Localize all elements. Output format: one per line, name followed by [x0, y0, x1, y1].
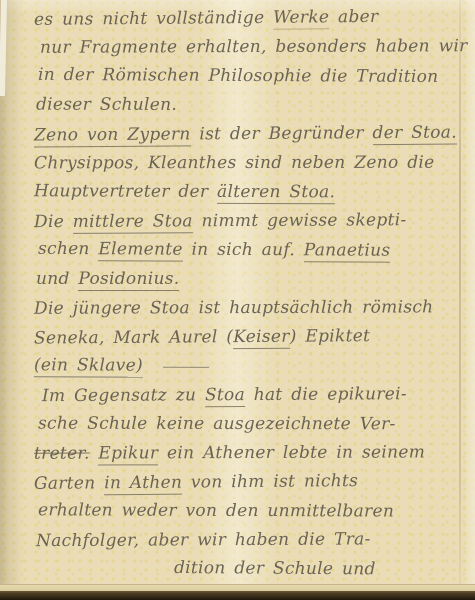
- handwriting-segment: Hauptvertreter der: [34, 181, 217, 202]
- manuscript-text: es uns nicht vollständige Werke abernur …: [34, 4, 466, 584]
- notebook-page: es uns nicht vollständige Werke abernur …: [0, 0, 475, 600]
- handwriting-line: Hauptvertreter der älteren Stoa.: [34, 177, 466, 208]
- handwriting-segment: mittlere Stoa: [73, 211, 193, 234]
- handwriting-segment: in Athen: [104, 473, 182, 496]
- handwriting-segment: älteren Stoa.: [217, 182, 335, 204]
- handwriting-line: Garten in Athen von ihm ist nichts: [34, 466, 466, 499]
- bottom-page-edge: [0, 584, 475, 591]
- handwriting-segment: treter.: [34, 444, 90, 464]
- handwriting-line: dieser Schulen.: [36, 91, 466, 121]
- handwriting-line: sche Schule keine ausgezeichnete Ver-: [38, 410, 466, 440]
- handwriting-segment: Chrysippos, Kleanthes sind neben Zeno di…: [34, 153, 435, 174]
- handwriting-segment: Im Gegensatz zu: [42, 385, 205, 406]
- handwriting-line: Im Gegensatz zu Stoa hat die epikurei-: [42, 380, 466, 411]
- handwriting-segment: Garten: [34, 473, 104, 494]
- handwriting-segment: es uns nicht vollständige: [34, 8, 273, 30]
- handwriting-segment: Werke: [273, 7, 329, 29]
- handwriting-segment: Die jüngere Stoa ist hauptsächlich römis…: [34, 297, 433, 318]
- handwriting-line: Die mittlere Stoa nimmt gewisse skepti-: [34, 206, 466, 237]
- handwriting-segment: in der Römischen Philosophie die Traditi…: [38, 65, 439, 87]
- handwriting-segment: [163, 365, 209, 367]
- handwriting-segment: nur Fragmente erhalten, besonders haben …: [40, 36, 468, 57]
- handwriting-segment: Seneka, Mark Aurel (: [34, 327, 233, 348]
- handwriting-segment: Stoa: [205, 385, 245, 407]
- handwriting-segment: Panaetius: [304, 240, 391, 262]
- handwriting-line: Die jüngere Stoa ist hauptsächlich römis…: [34, 293, 466, 324]
- handwriting-segment: Epikur: [98, 443, 158, 465]
- handwriting-segment: Keiser: [233, 327, 290, 349]
- handwriting-segment: ist der Begründer: [191, 123, 373, 144]
- handwriting-line: es uns nicht vollständige Werke aber: [34, 2, 466, 35]
- handwriting-segment: ein Athener lebte in seinem: [158, 442, 425, 463]
- handwriting-line: (ein Sklave): [34, 351, 466, 382]
- handwriting-line: dition der Schule und: [174, 554, 466, 585]
- handwriting-line: Nachfolger, aber wir haben die Tra-: [36, 525, 466, 556]
- handwriting-line: Seneka, Mark Aurel (Keiser) Epiktet: [34, 321, 466, 353]
- handwriting-line: schen Elemente in sich auf. Panaetius: [38, 235, 466, 266]
- handwriting-segment: nimmt gewisse skepti-: [193, 210, 407, 231]
- handwriting-segment: hat die epikurei-: [245, 384, 407, 405]
- handwriting-segment: Die: [34, 212, 73, 232]
- handwriting-line: Chrysippos, Kleanthes sind neben Zeno di…: [34, 149, 466, 179]
- handwriting-line: in der Römischen Philosophie die Traditi…: [38, 61, 466, 92]
- handwriting-segment: Nachfolger, aber wir haben die Tra-: [36, 529, 371, 551]
- handwriting-segment: erhalten weder von den unmittelbaren: [38, 500, 394, 521]
- handwriting-segment: in sich auf.: [183, 240, 304, 261]
- handwriting-segment: aber: [329, 7, 378, 27]
- handwriting-segment: von ihm ist nichts: [182, 471, 358, 493]
- handwriting-line: Zeno von Zypern ist der Begründer der St…: [34, 118, 466, 150]
- handwriting-segment: dieser Schulen.: [36, 95, 177, 115]
- handwriting-segment: schen: [38, 239, 99, 259]
- top-left-page-sliver: [0, 0, 7, 96]
- handwriting-line: treter. Epikur ein Athener lebte in sein…: [34, 438, 466, 469]
- handwriting-segment: und: [36, 269, 78, 289]
- handwriting-segment: der Stoa.: [372, 123, 457, 146]
- handwriting-line: erhalten weder von den unmittelbaren: [38, 496, 466, 526]
- handwriting-segment: Elemente: [98, 239, 182, 261]
- handwriting-segment: dition der Schule und: [174, 558, 376, 579]
- handwriting-line: und Posidonius.: [36, 265, 466, 294]
- handwriting-segment: ) Epiktet: [290, 326, 371, 347]
- handwriting-segment: Zeno von Zypern: [34, 124, 191, 147]
- handwriting-segment: sche Schule keine ausgezeichnete Ver-: [38, 414, 396, 435]
- bottom-dark-edge: [0, 591, 475, 600]
- handwriting-segment: Posidonius.: [78, 269, 179, 291]
- handwriting-line: nur Fragmente erhalten, besonders haben …: [40, 32, 466, 62]
- handwriting-segment: (ein Sklave): [34, 355, 143, 377]
